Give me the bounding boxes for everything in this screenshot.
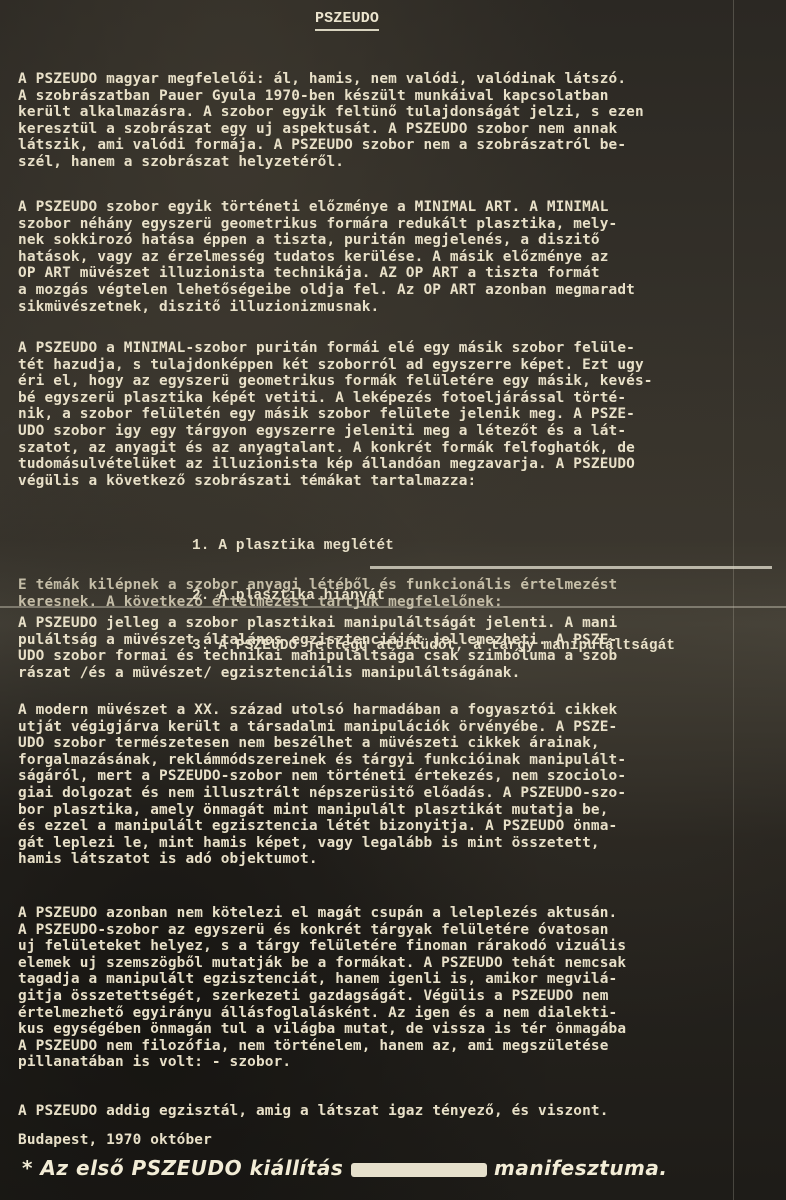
manifesto-page: PSZEUDO A PSZEUDO magyar megfelelői: ál,… <box>0 0 786 1200</box>
handwritten-suffix: manifesztuma. <box>494 1156 667 1180</box>
handwritten-prefix: * Az első PSZEUDO kiállítás <box>22 1156 343 1180</box>
paragraph-affirmation: A PSZEUDO azonban nem kötelezi el magát … <box>18 905 778 1071</box>
paragraph-interpretation-intro: E témák kilépnek a szobor anyagi létéből… <box>18 577 778 610</box>
document-title: PSZEUDO <box>315 11 379 31</box>
theme-item: 1. A plasztika meglétét <box>192 538 675 555</box>
paragraph-conclusion: A PSZEUDO addig egzisztál, amig a látsza… <box>18 1103 778 1120</box>
paragraph-history: A PSZEUDO szobor egyik történeti előzmén… <box>18 199 778 315</box>
handwritten-note: * Az első PSZEUDO kiállítás [redacted] m… <box>22 1160 668 1177</box>
paragraph-manipulation: A PSZEUDO jelleg a szobor plasztikai man… <box>18 615 778 681</box>
struck-out-word: [redacted] <box>351 1163 487 1177</box>
paragraph-modern-art: A modern müvészet a XX. század utolsó ha… <box>18 702 778 868</box>
paragraph-definition: A PSZEUDO magyar megfelelői: ál, hamis, … <box>18 71 778 171</box>
paragraph-technique: A PSZEUDO a MINIMAL-szobor puritán formá… <box>18 340 778 489</box>
place-date: Budapest, 1970 október <box>18 1132 778 1149</box>
